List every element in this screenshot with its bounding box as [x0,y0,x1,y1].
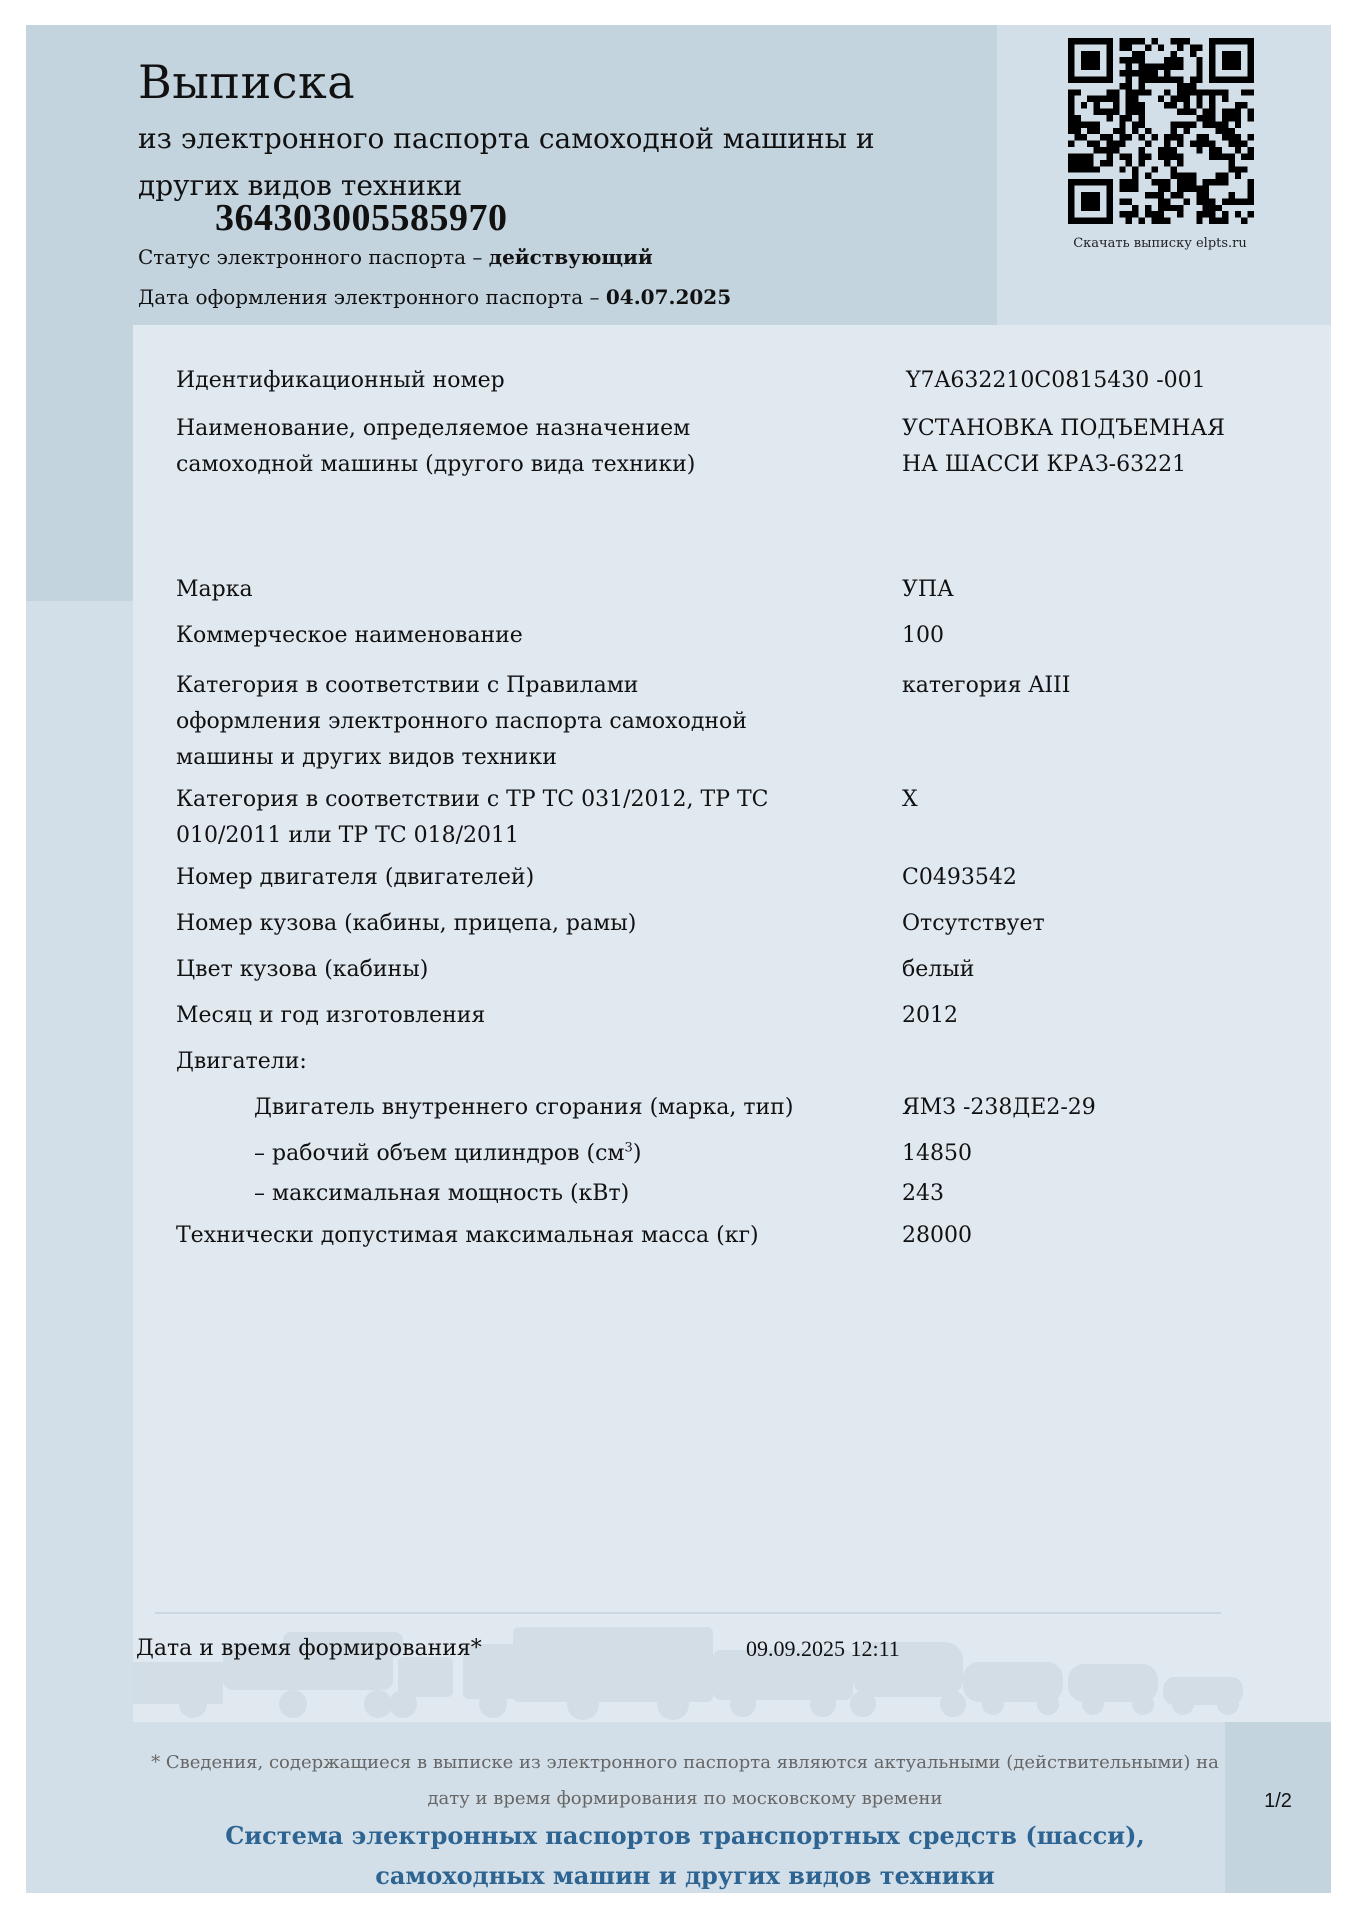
field-label: – максимальная мощность (кВт) [254,1176,814,1212]
field-label: Двигатели: [176,1044,766,1080]
formation-datetime-label: Дата и время формирования* [136,1636,482,1661]
field-label: Технически допустимая максимальная масса… [176,1218,766,1254]
field-row: Двигатель внутреннего сгорания (марка, т… [176,1090,1276,1136]
field-value: категория AIII [902,668,1262,704]
field-row: Наименование, определяемое назначением с… [176,411,1276,572]
field-row: Номер двигателя (двигателей) C0493542 [176,860,1276,906]
field-row: – рабочий объем цилиндров (см3) 14850 [176,1136,1276,1176]
field-value: 243 [902,1176,1262,1212]
formation-datetime-value: 09.09.2025 12:11 [746,1636,900,1662]
field-label: Категория в соответствии с ТР ТС 031/201… [176,782,776,854]
field-label: Идентификационный номер [176,363,766,399]
field-value: УПА [902,572,1262,608]
field-row: Номер кузова (кабины, прицепа, рамы) Отс… [176,906,1276,952]
status-label: Статус электронного паспорта – [138,245,489,269]
field-label: Коммерческое наименование [176,618,766,654]
field-label: Месяц и год изготовления [176,998,766,1034]
field-label: Марка [176,572,766,608]
fields-table: Идентификационный номер Y7A632210C081543… [176,363,1276,1298]
passport-number: 364303005585970 [215,196,508,240]
field-label: Категория в соответствии с Правилами офо… [176,668,756,776]
qr-code-icon[interactable] [1068,38,1254,224]
separator-line [155,1612,1221,1614]
field-value: 100 [902,618,1262,654]
passport-issue-date: Дата оформления электронного паспорта – … [138,285,731,309]
footer-note: * Сведения, содержащиеся в выписке из эл… [150,1745,1220,1817]
field-value: X [902,782,1262,818]
field-label: – рабочий объем цилиндров (см3) [254,1136,814,1172]
field-value: Отсутствует [902,906,1262,942]
field-value: 28000 [902,1218,1262,1254]
system-name: Система электронных паспортов транспортн… [150,1816,1220,1896]
page-number: 1/2 [1225,1790,1331,1813]
field-label: Номер кузова (кабины, прицепа, рамы) [176,906,766,942]
issue-date-label: Дата оформления электронного паспорта – [138,285,606,309]
field-label: Номер двигателя (двигателей) [176,860,766,896]
field-row-engines-heading: Двигатели: [176,1044,1276,1090]
field-value: 14850 [902,1136,1262,1172]
field-row: Марка УПА [176,572,1276,618]
issue-date-value: 04.07.2025 [606,285,731,309]
field-row: – максимальная мощность (кВт) 243 [176,1176,1276,1218]
status-value: действующий [489,245,653,269]
field-row: Месяц и год изготовления 2012 [176,998,1276,1044]
field-label: Наименование, определяемое назначением с… [176,411,746,483]
field-row: Технически допустимая максимальная масса… [176,1218,1276,1298]
field-value: УСТАНОВКА ПОДЪЕМНАЯ НА ШАССИ КРАЗ-63221 [902,411,1242,483]
field-row: Категория в соответствии с ТР ТС 031/201… [176,782,1276,860]
field-value: Y7A632210C0815430 -001 [906,363,1266,399]
field-label: Цвет кузова (кабины) [176,952,766,988]
document-subtitle: из электронного паспорта самоходной маши… [138,115,958,209]
field-row: Цвет кузова (кабины) белый [176,952,1276,998]
passport-status: Статус электронного паспорта – действующ… [138,245,653,269]
field-row: Категория в соответствии с Правилами офо… [176,668,1276,782]
decorative-strip [26,325,133,601]
field-label: Двигатель внутреннего сгорания (марка, т… [254,1090,814,1126]
field-value: белый [902,952,1262,988]
field-value: ЯМЗ -238ДЕ2-29 [902,1090,1262,1126]
field-row: Идентификационный номер Y7A632210C081543… [176,363,1276,411]
document-title: Выписка [138,55,355,109]
field-value: 2012 [902,998,1262,1034]
qr-caption[interactable]: Скачать выписку elpts.ru [1030,236,1290,251]
field-row: Коммерческое наименование 100 [176,618,1276,668]
field-value: C0493542 [902,860,1262,896]
